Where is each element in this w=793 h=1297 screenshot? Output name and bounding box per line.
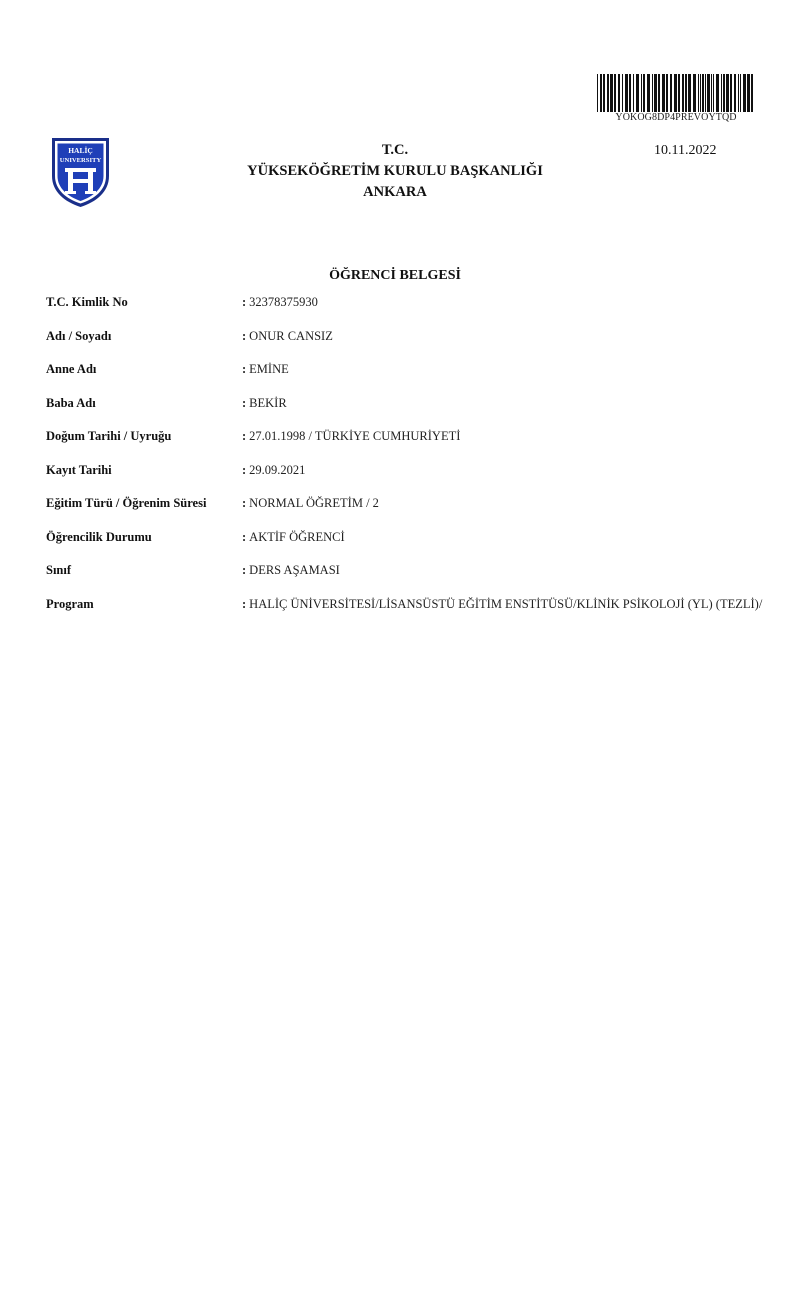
barcode: YOKOG8DP4PREVOYTQD (597, 74, 755, 123)
header-city: ANKARA (210, 182, 580, 203)
field-value: BEKİR (249, 396, 287, 410)
field-row: Doğum Tarihi / Uyruğu:27.01.1998 / TÜRKİ… (46, 427, 766, 461)
field-row: Sınıf:DERS AŞAMASI (46, 561, 766, 595)
field-value: 29.09.2021 (249, 463, 305, 477)
field-separator: : (242, 295, 246, 309)
field-separator: : (242, 563, 246, 577)
institution-header: T.C. YÜKSEKÖĞRETİM KURULU BAŞKANLIĞI ANK… (210, 140, 580, 203)
field-value: 32378375930 (249, 295, 318, 309)
field-value: NORMAL ÖĞRETİM / 2 (249, 496, 379, 510)
field-value-container: :EMİNE (242, 360, 766, 376)
field-value-container: :BEKİR (242, 394, 766, 410)
field-row: Kayıt Tarihi:29.09.2021 (46, 461, 766, 495)
field-value-container: :HALİÇ ÜNİVERSİTESİ/LİSANSÜSTÜ EĞİTİM EN… (242, 595, 766, 611)
field-label: Kayıt Tarihi (46, 461, 242, 478)
barcode-code: YOKOG8DP4PREVOYTQD (597, 112, 755, 123)
field-row: Baba Adı:BEKİR (46, 394, 766, 428)
field-label: Eğitim Türü / Öğrenim Süresi (46, 494, 242, 511)
student-info-table: T.C. Kimlik No:32378375930Adı / Soyadı:O… (46, 293, 766, 628)
field-label: Adı / Soyadı (46, 327, 242, 344)
field-value: AKTİF ÖĞRENCİ (249, 530, 344, 544)
svg-text:HALİÇ: HALİÇ (68, 145, 93, 155)
field-label: Baba Adı (46, 394, 242, 411)
field-label: Anne Adı (46, 360, 242, 377)
field-row: T.C. Kimlik No:32378375930 (46, 293, 766, 327)
field-row: Eğitim Türü / Öğrenim Süresi:NORMAL ÖĞRE… (46, 494, 766, 528)
field-row: Öğrencilik Durumu:AKTİF ÖĞRENCİ (46, 528, 766, 562)
field-value-container: :29.09.2021 (242, 461, 766, 477)
field-separator: : (242, 362, 246, 376)
field-row: Adı / Soyadı:ONUR CANSIZ (46, 327, 766, 361)
field-row: Anne Adı:EMİNE (46, 360, 766, 394)
field-separator: : (242, 429, 246, 443)
header-institution: YÜKSEKÖĞRETİM KURULU BAŞKANLIĞI (210, 161, 580, 182)
field-value: ONUR CANSIZ (249, 329, 333, 343)
field-separator: : (242, 597, 246, 611)
field-value: EMİNE (249, 362, 289, 376)
header-country: T.C. (210, 140, 580, 161)
field-separator: : (242, 329, 246, 343)
field-row: Program:HALİÇ ÜNİVERSİTESİ/LİSANSÜSTÜ EĞ… (46, 595, 766, 629)
field-value: DERS AŞAMASI (249, 563, 340, 577)
field-value-container: :ONUR CANSIZ (242, 327, 766, 343)
field-separator: : (242, 463, 246, 477)
field-value-container: :27.01.1998 / TÜRKİYE CUMHURİYETİ (242, 427, 766, 443)
field-label: Program (46, 595, 242, 612)
field-separator: : (242, 496, 246, 510)
barcode-image (597, 74, 753, 112)
field-separator: : (242, 396, 246, 410)
svg-text:UNIVERSITY: UNIVERSITY (60, 157, 102, 164)
field-label: T.C. Kimlik No (46, 293, 242, 310)
field-value-container: :32378375930 (242, 293, 766, 309)
field-value: HALİÇ ÜNİVERSİTESİ/LİSANSÜSTÜ EĞİTİM ENS… (249, 597, 762, 611)
field-value-container: :NORMAL ÖĞRETİM / 2 (242, 494, 766, 510)
shield-icon: HALİÇ UNIVERSITY (50, 136, 111, 209)
field-value-container: :AKTİF ÖĞRENCİ (242, 528, 766, 544)
university-logo: HALİÇ UNIVERSITY (50, 136, 111, 209)
field-value: 27.01.1998 / TÜRKİYE CUMHURİYETİ (249, 429, 460, 443)
document-title: ÖĞRENCİ BELGESİ (250, 268, 540, 284)
field-label: Sınıf (46, 561, 242, 578)
field-label: Öğrencilik Durumu (46, 528, 242, 545)
document-date: 10.11.2022 (654, 143, 716, 159)
field-separator: : (242, 530, 246, 544)
field-value-container: :DERS AŞAMASI (242, 561, 766, 577)
field-label: Doğum Tarihi / Uyruğu (46, 427, 242, 444)
